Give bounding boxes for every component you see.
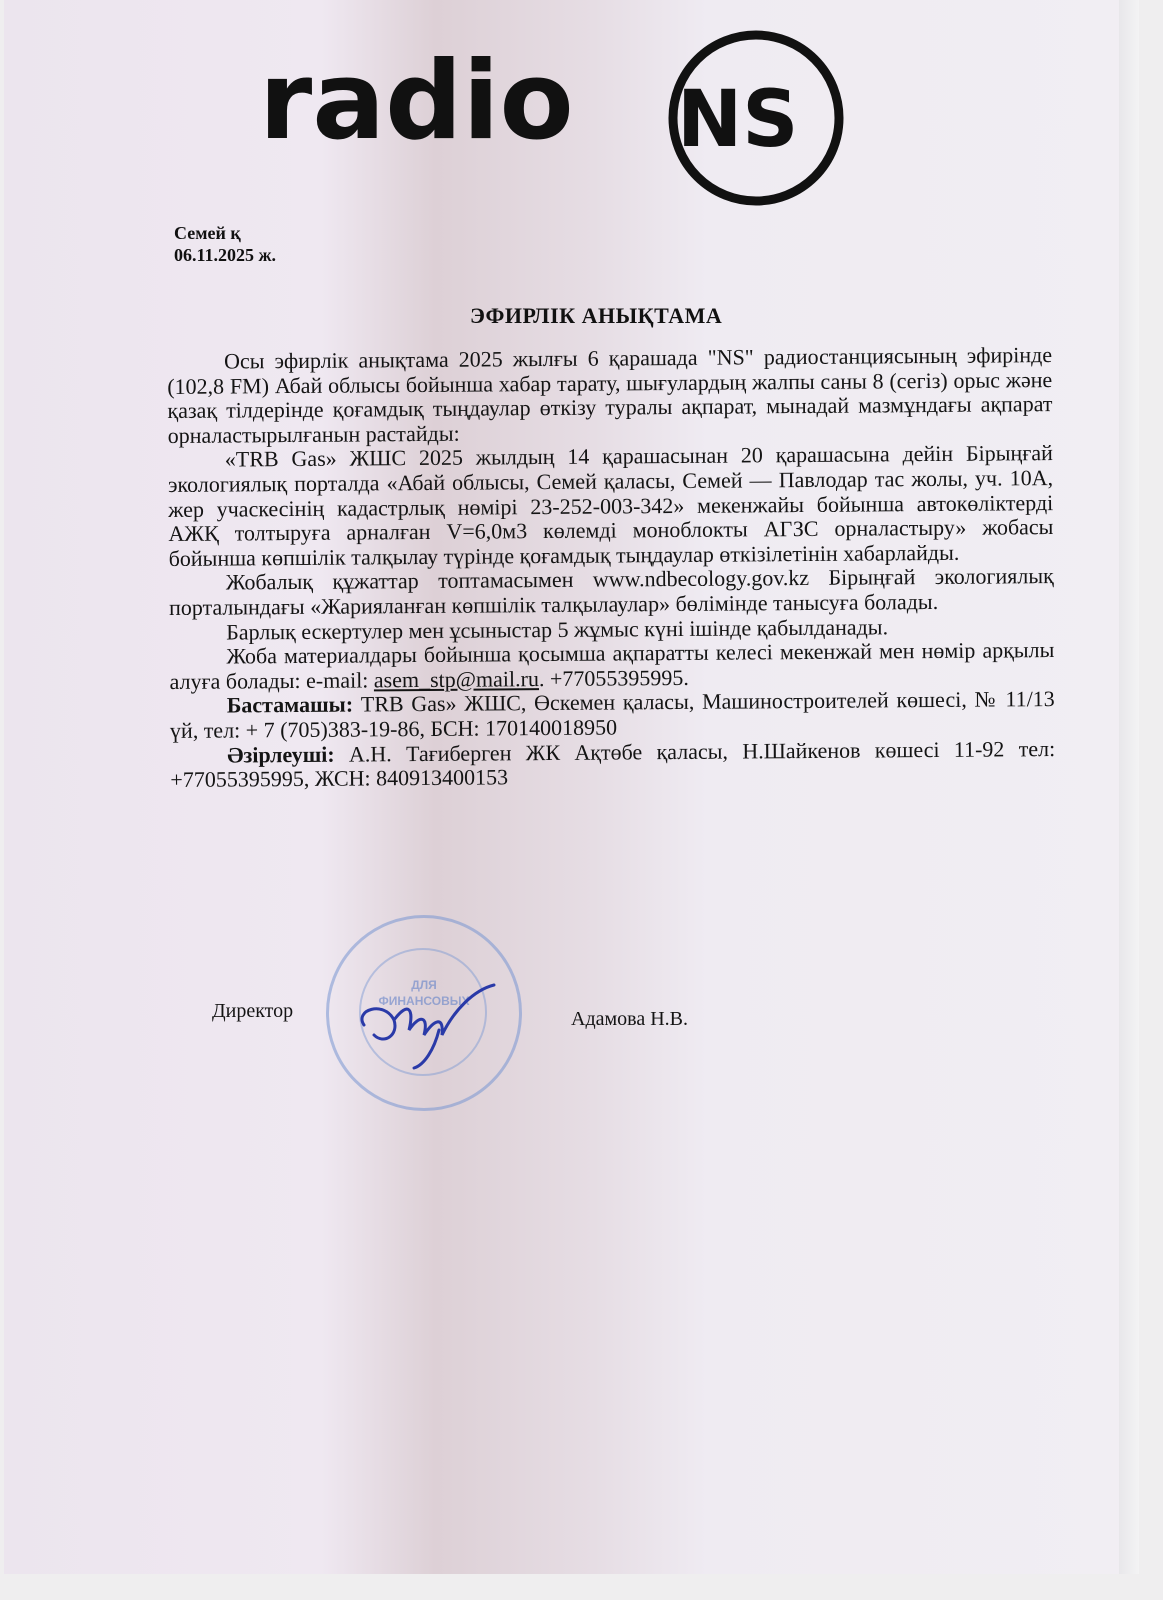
initiator-label: Бастамашы: <box>227 692 353 718</box>
paragraph-developer: Әзірлеуші: А.Н. Тағиберген ЖК Ақтөбе қал… <box>170 737 1055 793</box>
paragraph-documents: Жобалық құжаттар топтамасымен www.ndbeco… <box>169 564 1054 620</box>
date-label: 06.11.2025 ж. <box>174 244 276 266</box>
document-title: ЭФИРЛІК АНЫҚТАМА <box>470 303 722 329</box>
logo-radio-text: radio <box>259 39 574 164</box>
signer-name: Адамова Н.В. <box>571 1008 688 1031</box>
logo-ns-text: NS <box>677 75 798 165</box>
paragraph-confirmation: Осы эфирлік анықтама 2025 жылғы 6 қараша… <box>167 343 1053 448</box>
city-label: Семей қ <box>174 222 276 244</box>
radio-ns-logo: radio NS <box>259 28 859 208</box>
paragraph-initiator: Бастамашы: TRB Gas» ЖШС, Өскемен қаласы,… <box>170 687 1055 743</box>
paragraph-contact: Жоба материалдары бойынша қосымша ақпара… <box>169 638 1054 694</box>
document-body: Осы эфирлік анықтама 2025 жылғы 6 қараша… <box>167 343 1055 793</box>
document-page: radio NS Семей қ 06.11.2025 ж. ЭФИРЛІК А… <box>4 0 1139 1574</box>
developer-label: Әзірлеуші: <box>227 741 335 767</box>
handwritten-signature <box>354 980 504 1070</box>
page-fold-shadow <box>1119 0 1139 1574</box>
paragraph-announcement: «TRB Gas» ЖШС 2025 жылдың 14 қарашасынан… <box>168 441 1054 571</box>
place-date-block: Семей қ 06.11.2025 ж. <box>174 222 276 266</box>
contact-phone: . +77055395995. <box>539 665 689 691</box>
contact-email-link[interactable]: asem_stp@mail.ru <box>374 666 539 692</box>
signer-role: Директор <box>212 1000 293 1023</box>
